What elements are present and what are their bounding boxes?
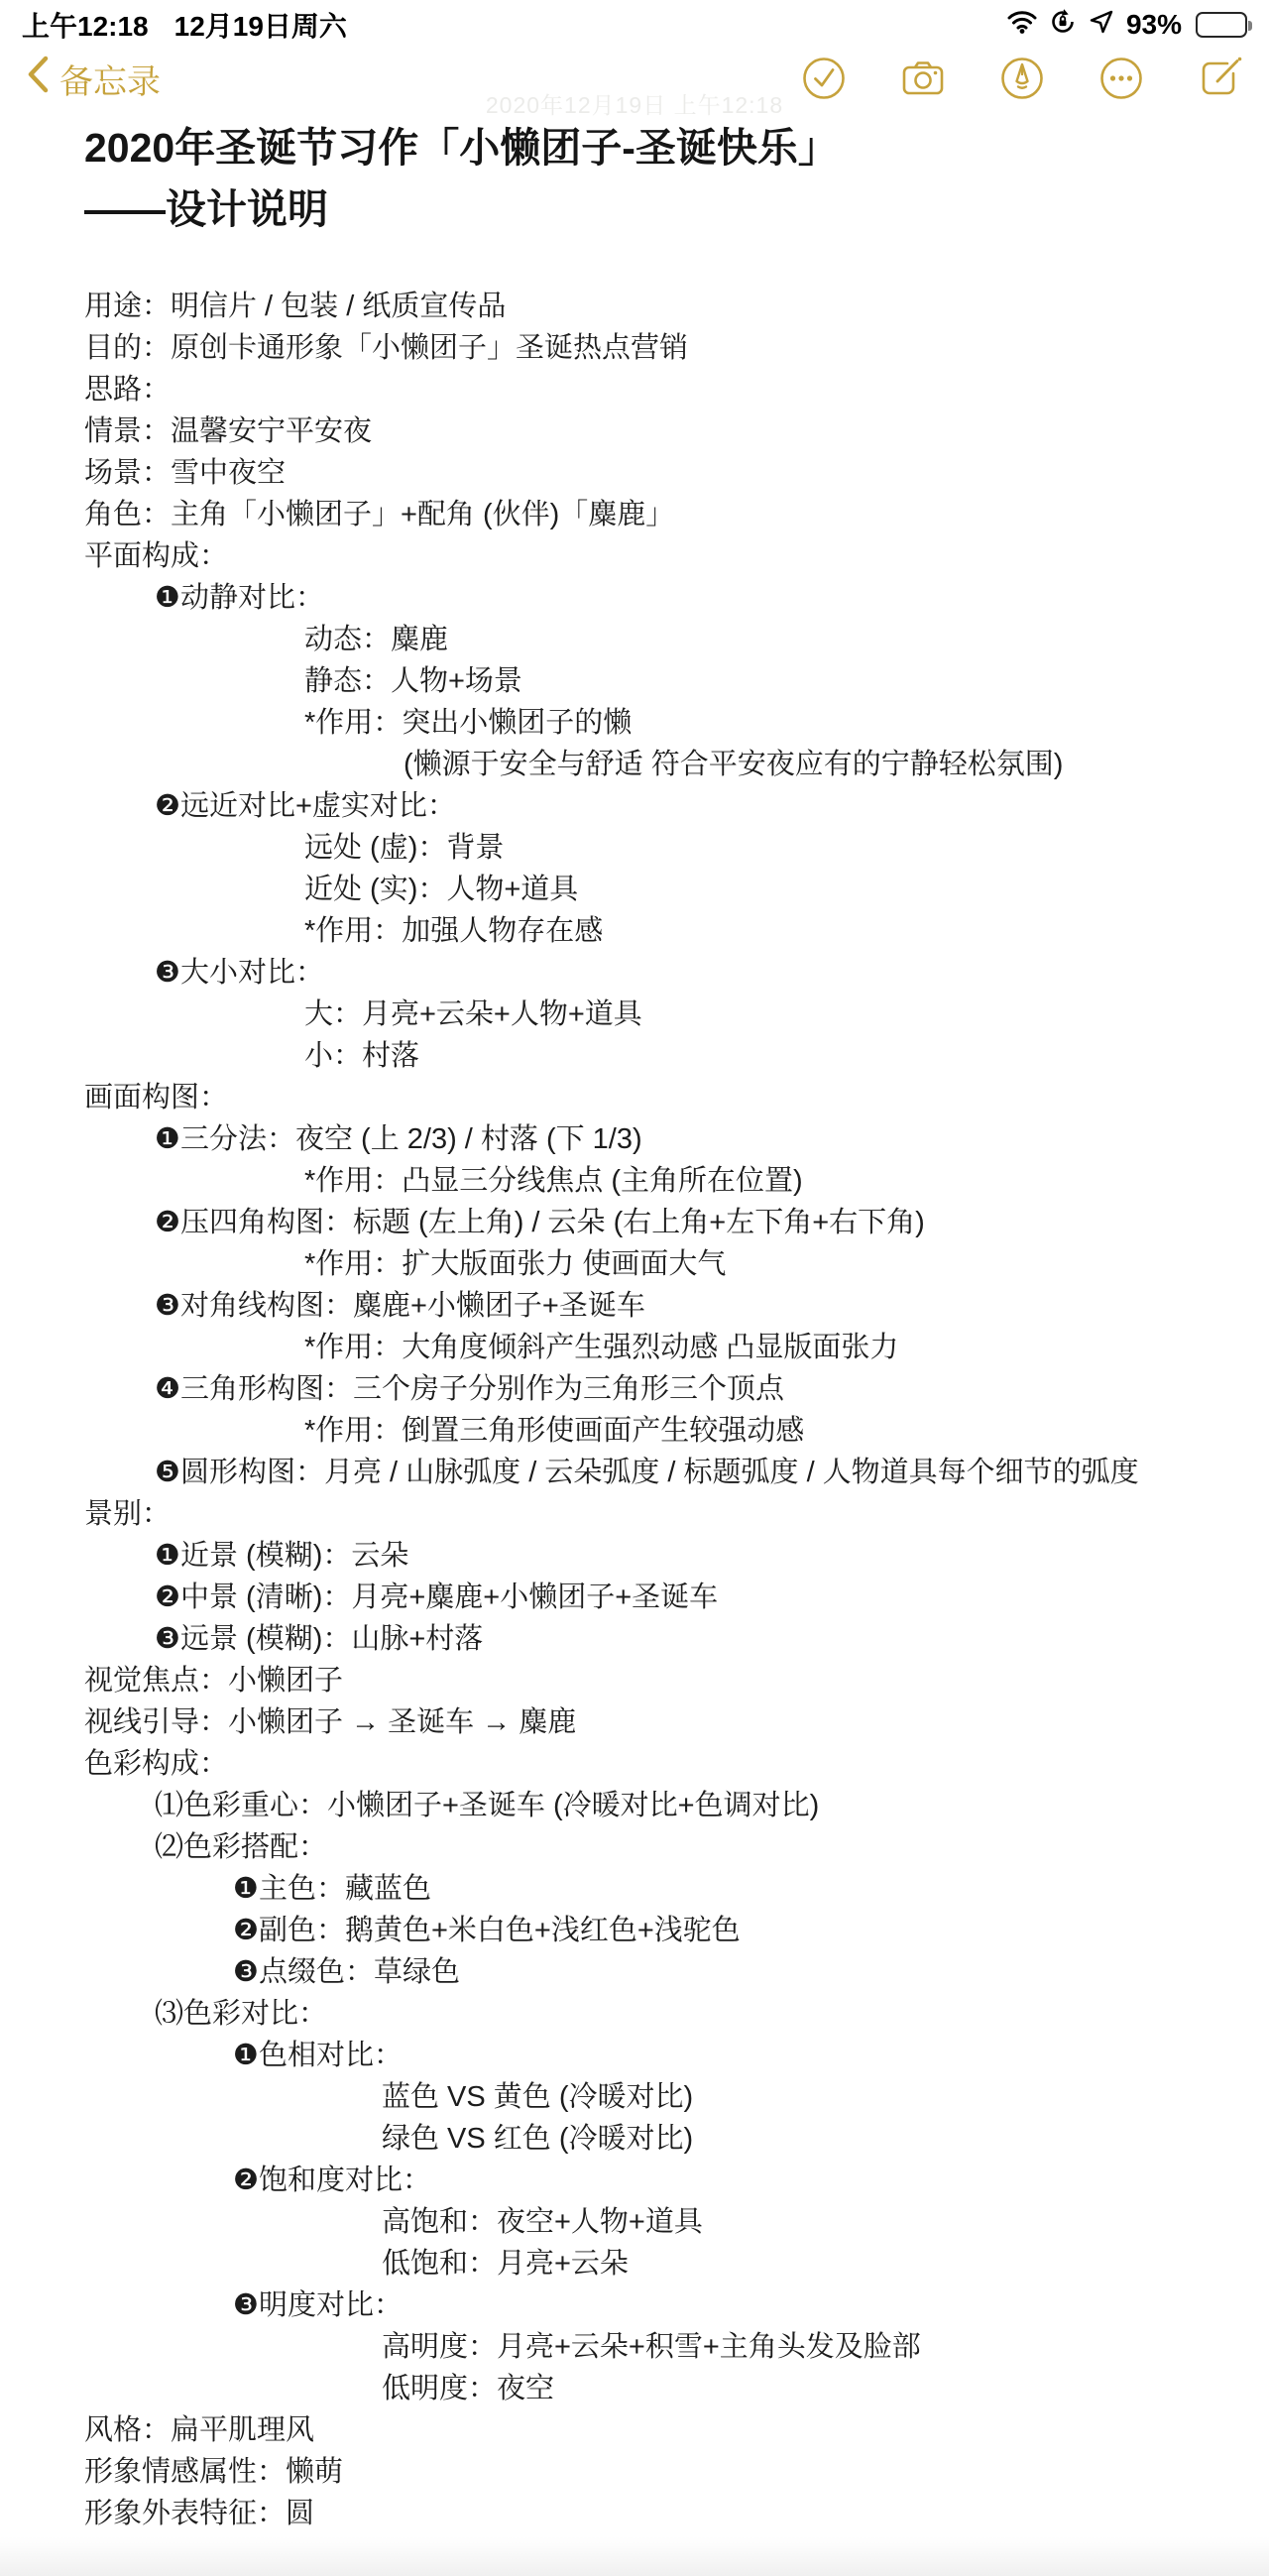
note-line: 画面构图：	[0, 1077, 1269, 1118]
note-line: 视觉焦点：小懒团子	[0, 1660, 1269, 1701]
note-line: ⑵色彩搭配：	[0, 1826, 1269, 1868]
note-line: ❶主色：藏蓝色	[0, 1868, 1269, 1910]
note-line: ❶近景 (模糊)：云朵	[0, 1535, 1269, 1577]
battery-icon	[1196, 12, 1247, 38]
note-line: *作用：加强人物存在感	[0, 910, 1269, 952]
note-line: ❹三角形构图：三个房子分别作为三角形三个顶点	[0, 1368, 1269, 1410]
note-line: ❸明度对比：	[0, 2284, 1269, 2326]
note-line: 景别：	[0, 1493, 1269, 1535]
note-line: 角色：主角「小懒团子」+配角 (伙伴)「麋鹿」	[0, 494, 1269, 535]
note-line: 目的：原创卡通形象「小懒团子」圣诞热点营销	[0, 327, 1269, 369]
note-line: *作用：突出小懒团子的懒	[0, 702, 1269, 744]
note-line: ❷中景 (清晰)：月亮+麋鹿+小懒团子+圣诞车	[0, 1577, 1269, 1618]
note-body-editor[interactable]: 用途：明信片 / 包装 / 纸质宣传品目的：原创卡通形象「小懒团子」圣诞热点营销…	[0, 286, 1269, 2534]
note-created-timestamp: 2020年12月19日 上午12:18	[0, 87, 1269, 120]
note-line: 用途：明信片 / 包装 / 纸质宣传品	[0, 286, 1269, 327]
note-line: 远处 (虚)：背景	[0, 827, 1269, 869]
note-line: 大：月亮+云朵+人物+道具	[0, 994, 1269, 1035]
note-line: *作用：大角度倾斜产生强烈动感 凸显版面张力	[0, 1327, 1269, 1368]
note-title-line1: 2020年圣诞节习作「小懒团子-圣诞快乐」	[84, 117, 1195, 178]
bottom-edge-shadow	[0, 2536, 1269, 2576]
notes-app-screen: 上午12:18 12月19日周六	[0, 0, 1269, 2576]
note-line: 小：村落	[0, 1035, 1269, 1077]
note-line: 风格：扁平肌理风	[0, 2409, 1269, 2451]
note-line: ❶三分法：夜空 (上 2/3) / 村落 (下 1/3)	[0, 1118, 1269, 1160]
note-title-line2: ——设计说明	[84, 178, 1195, 240]
rotation-lock-icon	[1049, 8, 1077, 43]
note-line: 近处 (实)：人物+道具	[0, 869, 1269, 910]
note-line: *作用：扩大版面张力 使画面大气	[0, 1243, 1269, 1285]
note-line: 动态：麋鹿	[0, 619, 1269, 660]
battery-percent: 93%	[1126, 9, 1182, 41]
note-line: ❺圆形构图：月亮 / 山脉弧度 / 云朵弧度 / 标题弧度 / 人物道具每个细节…	[0, 1452, 1269, 1493]
note-line: *作用：倒置三角形使画面产生较强动感	[0, 1410, 1269, 1452]
note-line: 静态：人物+场景	[0, 660, 1269, 702]
note-line: 绿色 VS 红色 (冷暖对比)	[0, 2118, 1269, 2160]
note-line: (懒源于安全与舒适 符合平安夜应有的宁静轻松氛围)	[0, 744, 1269, 785]
note-line: 形象情感属性：懒萌	[0, 2451, 1269, 2493]
note-line: ❸大小对比：	[0, 952, 1269, 994]
note-line: ❸对角线构图：麋鹿+小懒团子+圣诞车	[0, 1285, 1269, 1327]
note-line: 情景：温馨安宁平安夜	[0, 410, 1269, 452]
note-line: 场景：雪中夜空	[0, 452, 1269, 494]
location-icon	[1089, 9, 1114, 42]
note-line: *作用：凸显三分线焦点 (主角所在位置)	[0, 1160, 1269, 1202]
note-line: ❷副色：鹅黄色+米白色+浅红色+浅驼色	[0, 1910, 1269, 1951]
note-line: 思路：	[0, 369, 1269, 410]
status-bar: 上午12:18 12月19日周六	[0, 0, 1269, 44]
status-date: 12月19日周六	[174, 5, 347, 45]
note-line: 高明度：月亮+云朵+积雪+主角头发及脸部	[0, 2326, 1269, 2368]
note-line: 色彩构成：	[0, 1743, 1269, 1785]
note-line: 视线引导：小懒团子 → 圣诞车 → 麋鹿	[0, 1701, 1269, 1743]
status-time: 上午12:18	[22, 5, 149, 45]
note-line: 形象外表特征：圆	[0, 2493, 1269, 2534]
note-line: 平面构成：	[0, 535, 1269, 577]
note-line: ❶色相对比：	[0, 2035, 1269, 2076]
note-line: ❷远近对比+虚实对比：	[0, 785, 1269, 827]
note-line: ⑴色彩重心：小懒团子+圣诞车 (冷暖对比+色调对比)	[0, 1785, 1269, 1826]
note-line: ❷压四角构图：标题 (左上角) / 云朵 (右上角+左下角+右下角)	[0, 1202, 1269, 1243]
note-line: ❶动静对比：	[0, 577, 1269, 619]
note-line: 高饱和：夜空+人物+道具	[0, 2201, 1269, 2243]
note-line: ⑶色彩对比：	[0, 1993, 1269, 2035]
note-line: ❸远景 (模糊)：山脉+村落	[0, 1618, 1269, 1660]
note-line: 蓝色 VS 黄色 (冷暖对比)	[0, 2076, 1269, 2118]
note-title: 2020年圣诞节习作「小懒团子-圣诞快乐」 ——设计说明	[84, 117, 1195, 240]
note-line: 低明度：夜空	[0, 2368, 1269, 2409]
note-line: ❸点缀色：草绿色	[0, 1951, 1269, 1993]
wifi-icon	[1007, 9, 1037, 42]
note-line: 低饱和：月亮+云朵	[0, 2243, 1269, 2284]
note-line: ❷饱和度对比：	[0, 2160, 1269, 2201]
